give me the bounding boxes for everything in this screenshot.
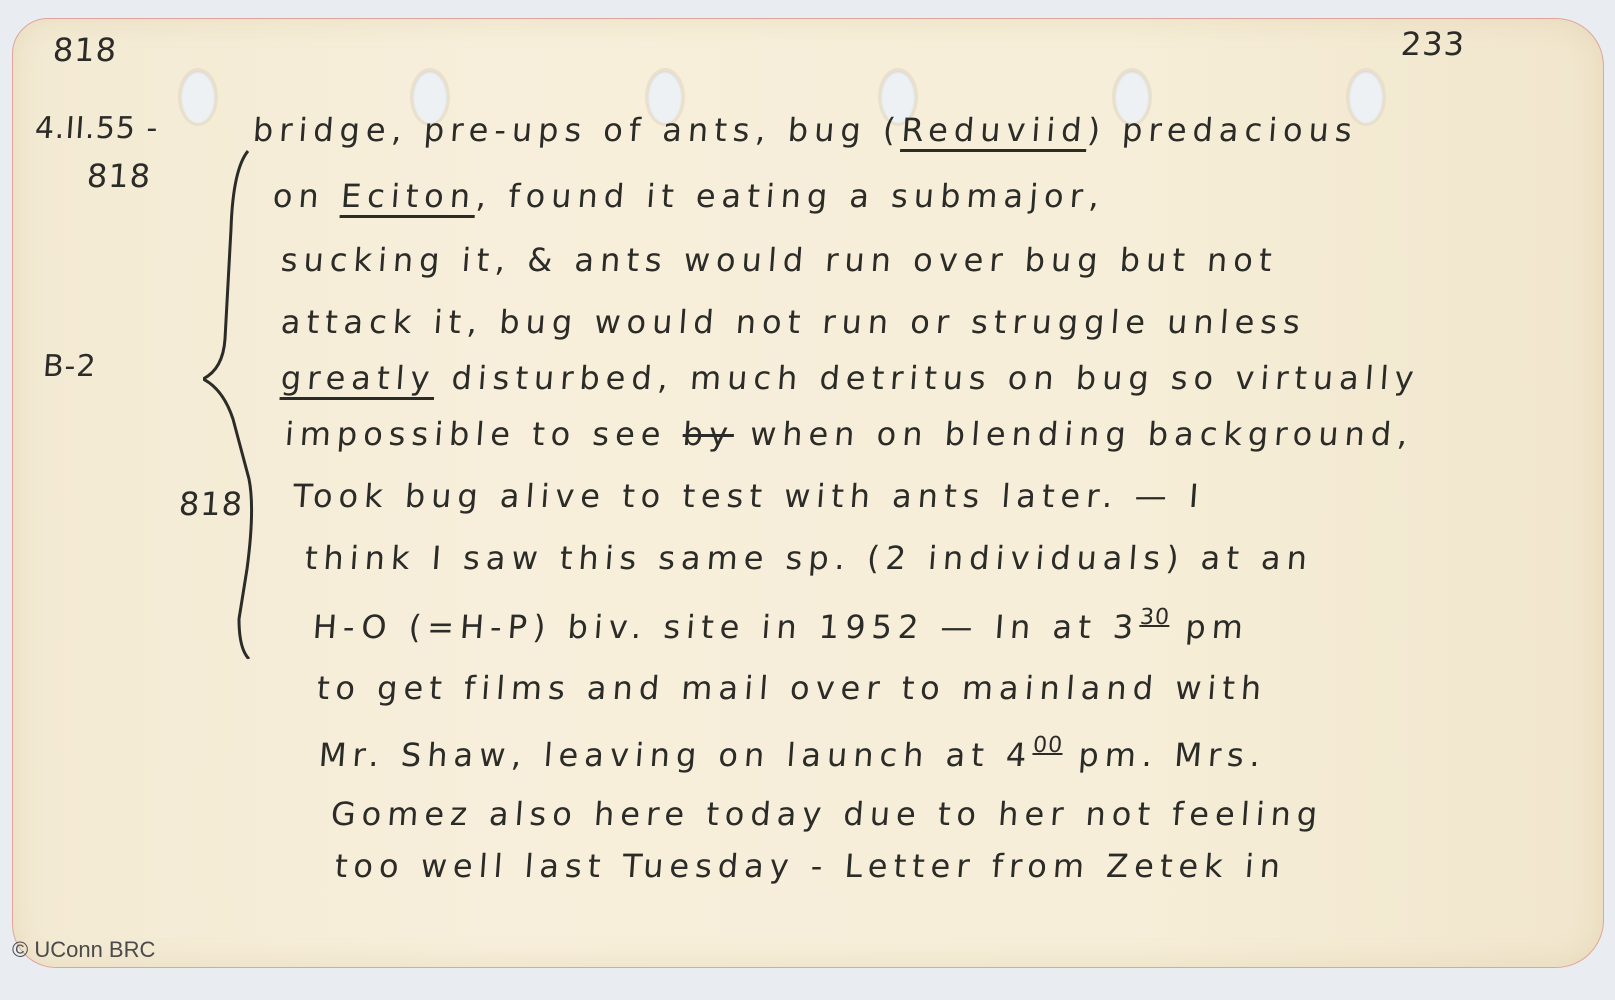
note-line-10: to get films and mail over to mainland w…: [316, 669, 1269, 707]
note-line-13: too well last Tuesday - Letter from Zete…: [334, 847, 1288, 885]
note-line-5: greatly disturbed, much detritus on bug …: [280, 359, 1421, 397]
note-line-12: Gomez also here today due to her not fee…: [330, 795, 1325, 833]
punch-hole: [181, 71, 215, 123]
note-line-4: attack it, bug would not run or struggle…: [280, 303, 1307, 341]
note-line-7: Took bug alive to test with ants later. …: [292, 477, 1206, 515]
curly-brace: [203, 149, 283, 659]
note-line-11: Mr. Shaw, leaving on launch at 400 pm. M…: [318, 733, 1268, 774]
note-line-6: impossible to see by when on blending ba…: [284, 415, 1415, 453]
margin-group-label: B-2: [42, 349, 98, 384]
note-line-9: H-O (=H-P) biv. site in 1952 — In at 330…: [312, 605, 1251, 646]
note-line-2: on Eciton, found it eating a submajor,: [272, 177, 1107, 215]
margin-ref-top: 818: [86, 157, 153, 195]
entry-date: 4.II.55 -: [34, 111, 160, 146]
corner-number-left: 818: [52, 31, 119, 69]
note-line-1: bridge, pre-ups of ants, bug (Reduviid) …: [252, 111, 1359, 149]
field-note-card: 818 233 4.II.55 - 818 B-2 818 bridge, pr…: [12, 18, 1604, 968]
note-line-8: think I saw this same sp. (2 individuals…: [304, 539, 1315, 577]
copyright-credit: © UConn BRC: [12, 937, 155, 963]
note-line-3: sucking it, & ants would run over bug bu…: [280, 241, 1279, 279]
corner-number-right: 233: [1400, 25, 1467, 63]
